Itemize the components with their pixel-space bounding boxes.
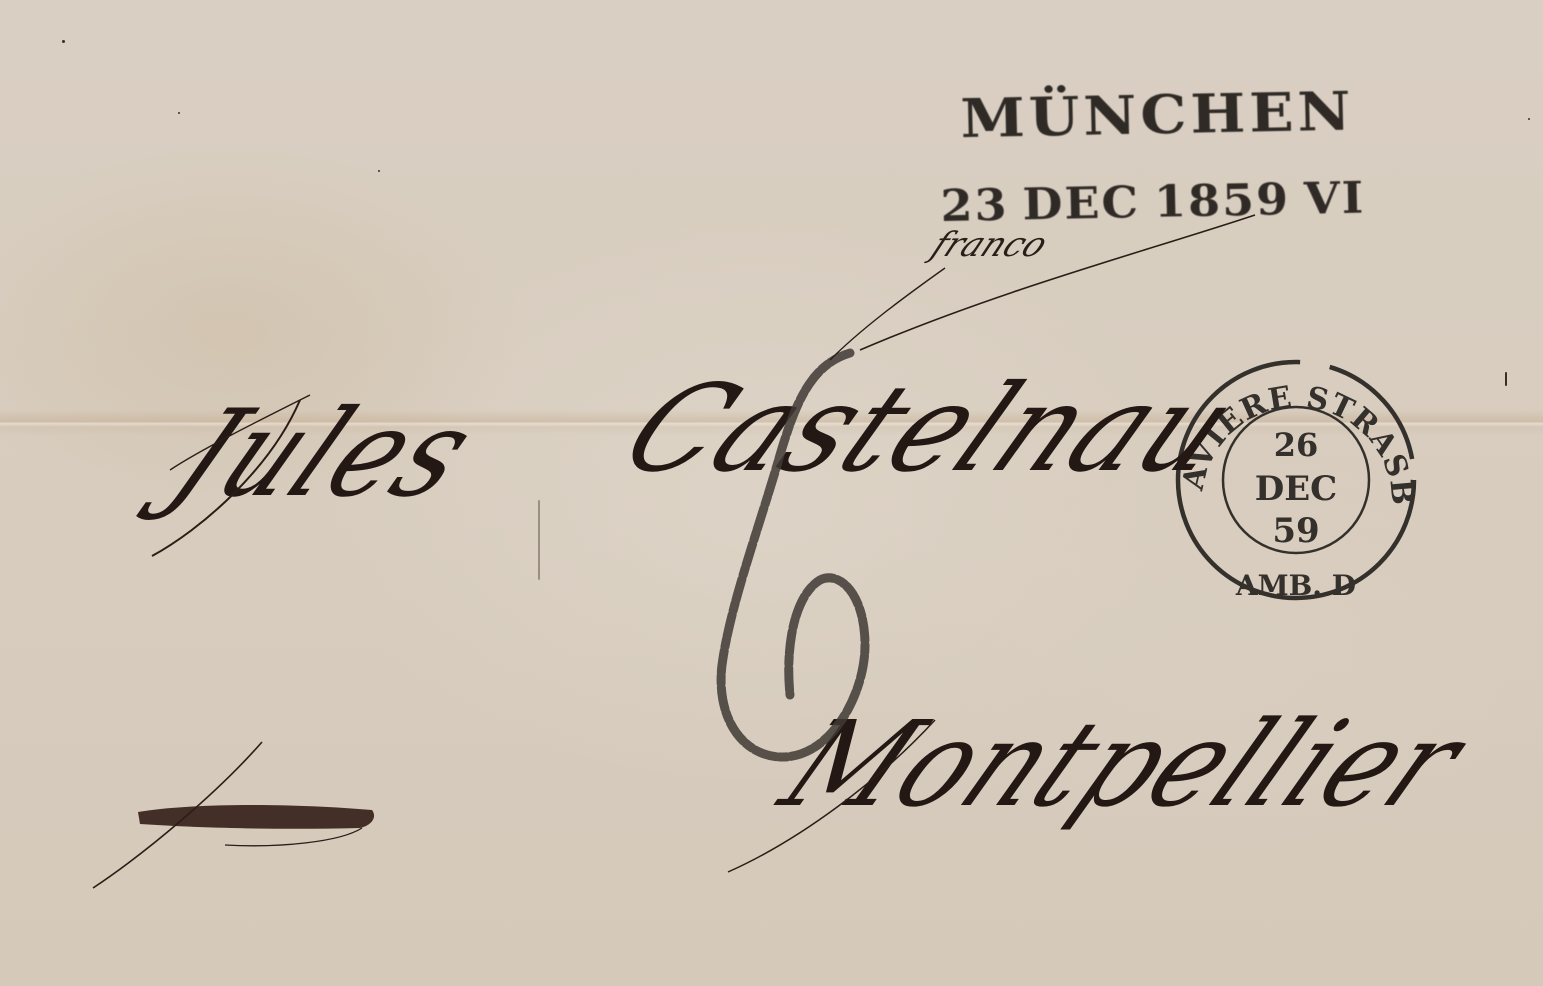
paper-speck [62,40,65,43]
addressee-first-name: Jules [150,385,500,524]
paper-speck [378,170,380,172]
postmark-year: 59 [1272,511,1319,551]
manuscript-rate-6: 6 [700,345,890,765]
postmark-month: DEC [1255,469,1337,509]
paper-speck [538,500,540,580]
postmark-day: 26 [1274,426,1319,464]
cancel-year: 1859 [1153,173,1290,227]
cancel-time-code: VI [1303,172,1365,225]
strike-bar-icon [138,805,374,829]
paper-speck [1528,118,1530,120]
postal-cover: MÜNCHEN 23DEC1859VI franco BAVIERE STRAS… [0,0,1543,986]
paper-speck [1505,372,1507,386]
cancel-month: DEC [1022,176,1141,230]
rate-six-glyph-icon [700,345,890,765]
cancel-day: 23 [940,179,1009,232]
docket-note: franco [925,225,1054,265]
cancel-date-line: 23DEC1859VI [940,175,1380,227]
paper-speck [178,112,180,114]
postmark-bottom-text: AMB. D [1235,569,1356,602]
cancel-town-name: MÜNCHEN [960,84,1355,145]
